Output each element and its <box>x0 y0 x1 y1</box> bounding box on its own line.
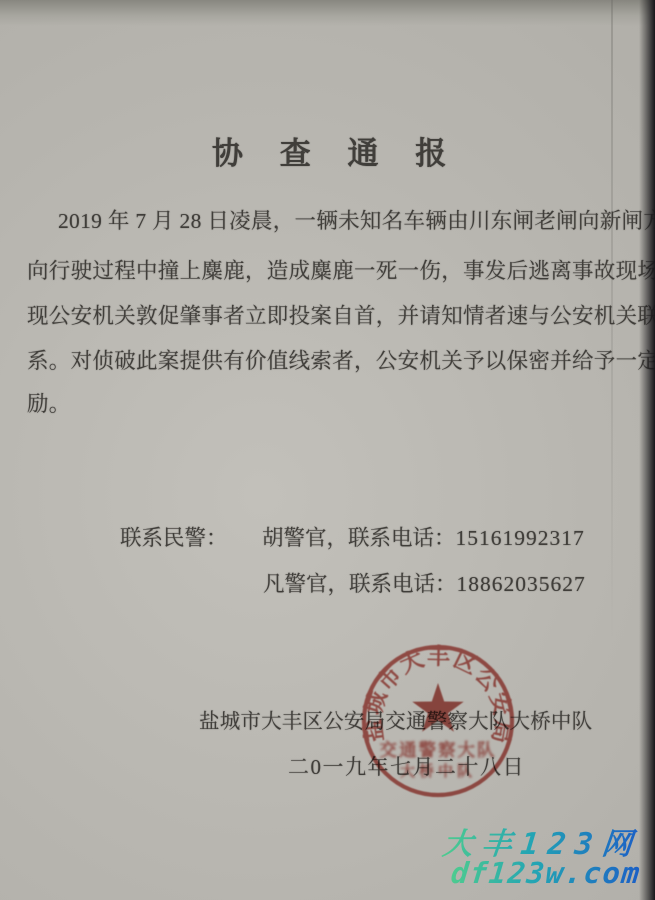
body-line-4: 系。对侦破此案提供有价值线索者，公安机关予以保密并给予一定奖 <box>27 344 655 375</box>
document-photo: 协 查 通 报 2019 年 7 月 28 日凌晨，一辆未知名车辆由川东闸老闸向… <box>0 0 655 900</box>
officer-2-phone: 18862035627 <box>457 572 586 596</box>
officer-2-name: 凡警官，联系电话： <box>263 572 457 596</box>
officer-1-name: 胡警官，联系电话： <box>262 526 456 550</box>
seal-inner-line-2: 大桥中队 <box>400 762 476 780</box>
contact-label: 联系民警： <box>120 526 228 550</box>
seal-inner-line-1: 交通警察大队 <box>380 740 497 760</box>
watermark-site-url: df123w.com <box>450 856 643 890</box>
officer-2: 凡警官，联系电话：18862035627 <box>263 572 586 596</box>
seal-star-icon <box>412 683 463 732</box>
officer-1: 胡警官，联系电话：15161992317 <box>262 521 585 552</box>
officer-1-phone: 15161992317 <box>456 526 585 550</box>
body-line-5: 励。 <box>27 387 71 418</box>
body-line-3: 现公安机关敦促肇事者立即投案自首，并请知情者速与公安机关联 <box>27 299 655 330</box>
body-line-2: 向行驶过程中撞上麋鹿，造成麋鹿一死一伤，事发后逃离事故现场。 <box>27 254 655 285</box>
body-line-1: 2019 年 7 月 28 日凌晨，一辆未知名车辆由川东闸老闸向新闸方 <box>58 204 655 235</box>
official-seal: 盐城市大丰区公安局 交通警察大队 大桥中队 <box>352 636 524 808</box>
notice-title: 协 查 通 报 <box>212 128 452 173</box>
photo-right-edge-shadow <box>639 0 655 900</box>
contact-row-2: 凡警官，联系电话：18862035627 <box>263 567 586 598</box>
photo-top-edge-shadow <box>0 0 655 26</box>
contact-row-1: 联系民警： 胡警官，联系电话：15161992317 <box>120 521 228 552</box>
